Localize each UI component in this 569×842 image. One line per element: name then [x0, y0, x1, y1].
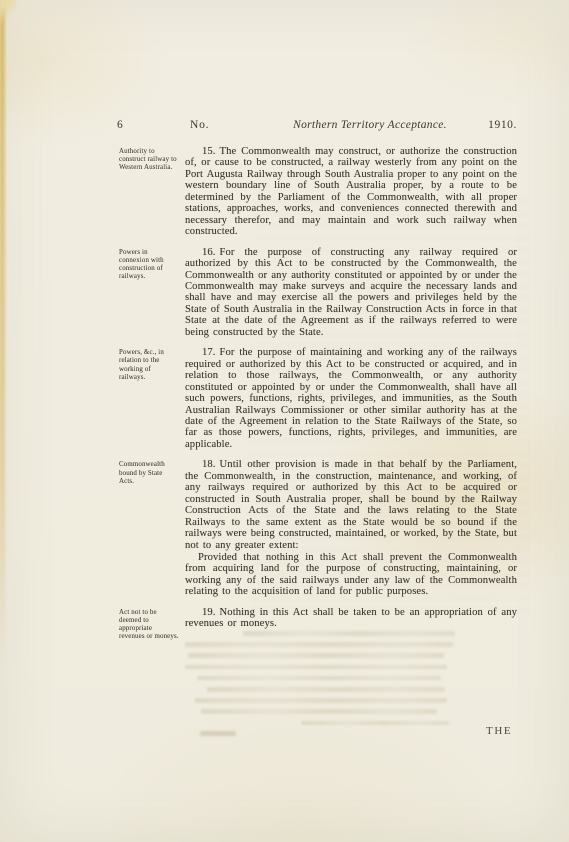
clause-19: Act not to be deemed to appropriate reve… [185, 607, 517, 630]
page-corner-decoration [0, 0, 16, 30]
margin-note-17: Powers, &c., in relation to the working … [119, 349, 179, 382]
margin-note-16: Powers in connexion with construction of… [119, 249, 179, 282]
clause-17-number: 17. [202, 347, 220, 358]
margin-note-18: Commonwealth bound by State Acts. [119, 461, 179, 486]
clause-18-text: 18.Until other provision is made in that… [185, 459, 517, 551]
clause-17: Powers, &c., in relation to the working … [185, 347, 517, 450]
clause-16-number: 16. [202, 247, 220, 258]
margin-note-19: Act not to be deemed to appropriate reve… [119, 609, 179, 642]
clause-17-text: 17.For the purpose of maintaining and wo… [185, 347, 517, 450]
bleed-through-text [185, 631, 457, 732]
clause-18-number: 18. [202, 459, 220, 470]
clause-15-number: 15. [202, 146, 220, 157]
clause-16-text: 16.For the purpose of constructing any r… [185, 247, 517, 339]
clause-18: Commonwealth bound by State Acts. 18.Unt… [185, 459, 517, 597]
body-column: Authority to construct railway to Wester… [185, 146, 517, 639]
catchword: THE [486, 725, 512, 737]
act-title: Northern Territory Acceptance. [240, 119, 500, 131]
clause-15-text: 15.The Commonwealth may construct, or au… [185, 146, 517, 238]
page-number: 6 [117, 119, 123, 131]
bleed-through-mark [200, 731, 236, 736]
clause-15: Authority to construct railway to Wester… [185, 146, 517, 238]
running-head: 6 No. Northern Territory Acceptance. 191… [0, 119, 569, 135]
clause-19-text: 19.Nothing in this Act shall be taken to… [185, 607, 517, 630]
margin-note-15: Authority to construct railway to Wester… [119, 148, 179, 173]
act-year: 1910. [488, 119, 517, 131]
clause-18-proviso: Provided that nothing in this Act shall … [185, 552, 517, 598]
act-number-label: No. [190, 119, 209, 131]
clause-19-number: 19. [202, 607, 220, 618]
page-edge-decoration [0, 0, 7, 660]
clause-16: Powers in connexion with construction of… [185, 247, 517, 339]
scanned-document-page: 6 No. Northern Territory Acceptance. 191… [0, 0, 569, 842]
